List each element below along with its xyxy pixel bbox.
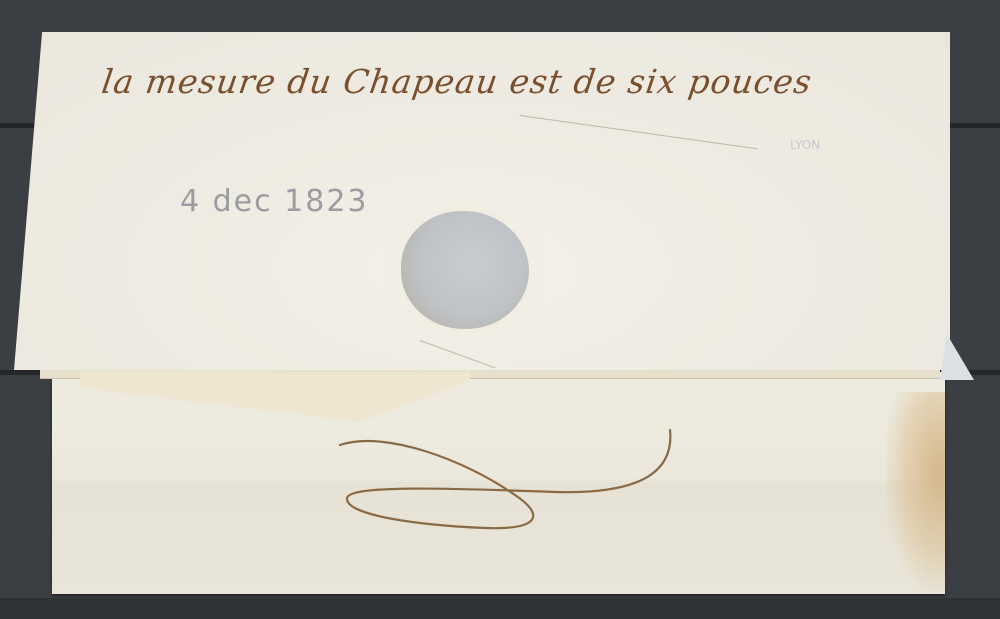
- display-base: [0, 598, 1000, 619]
- manuscript-text: la mesure du Chapeau est de six pouces: [95, 62, 965, 132]
- faint-postmark: LYON: [790, 138, 820, 152]
- signature-flourish: [325, 420, 685, 540]
- foxing-stain: [885, 392, 945, 592]
- wax-seal: [401, 211, 529, 329]
- pencil-date: 4 dec 1823: [180, 184, 369, 219]
